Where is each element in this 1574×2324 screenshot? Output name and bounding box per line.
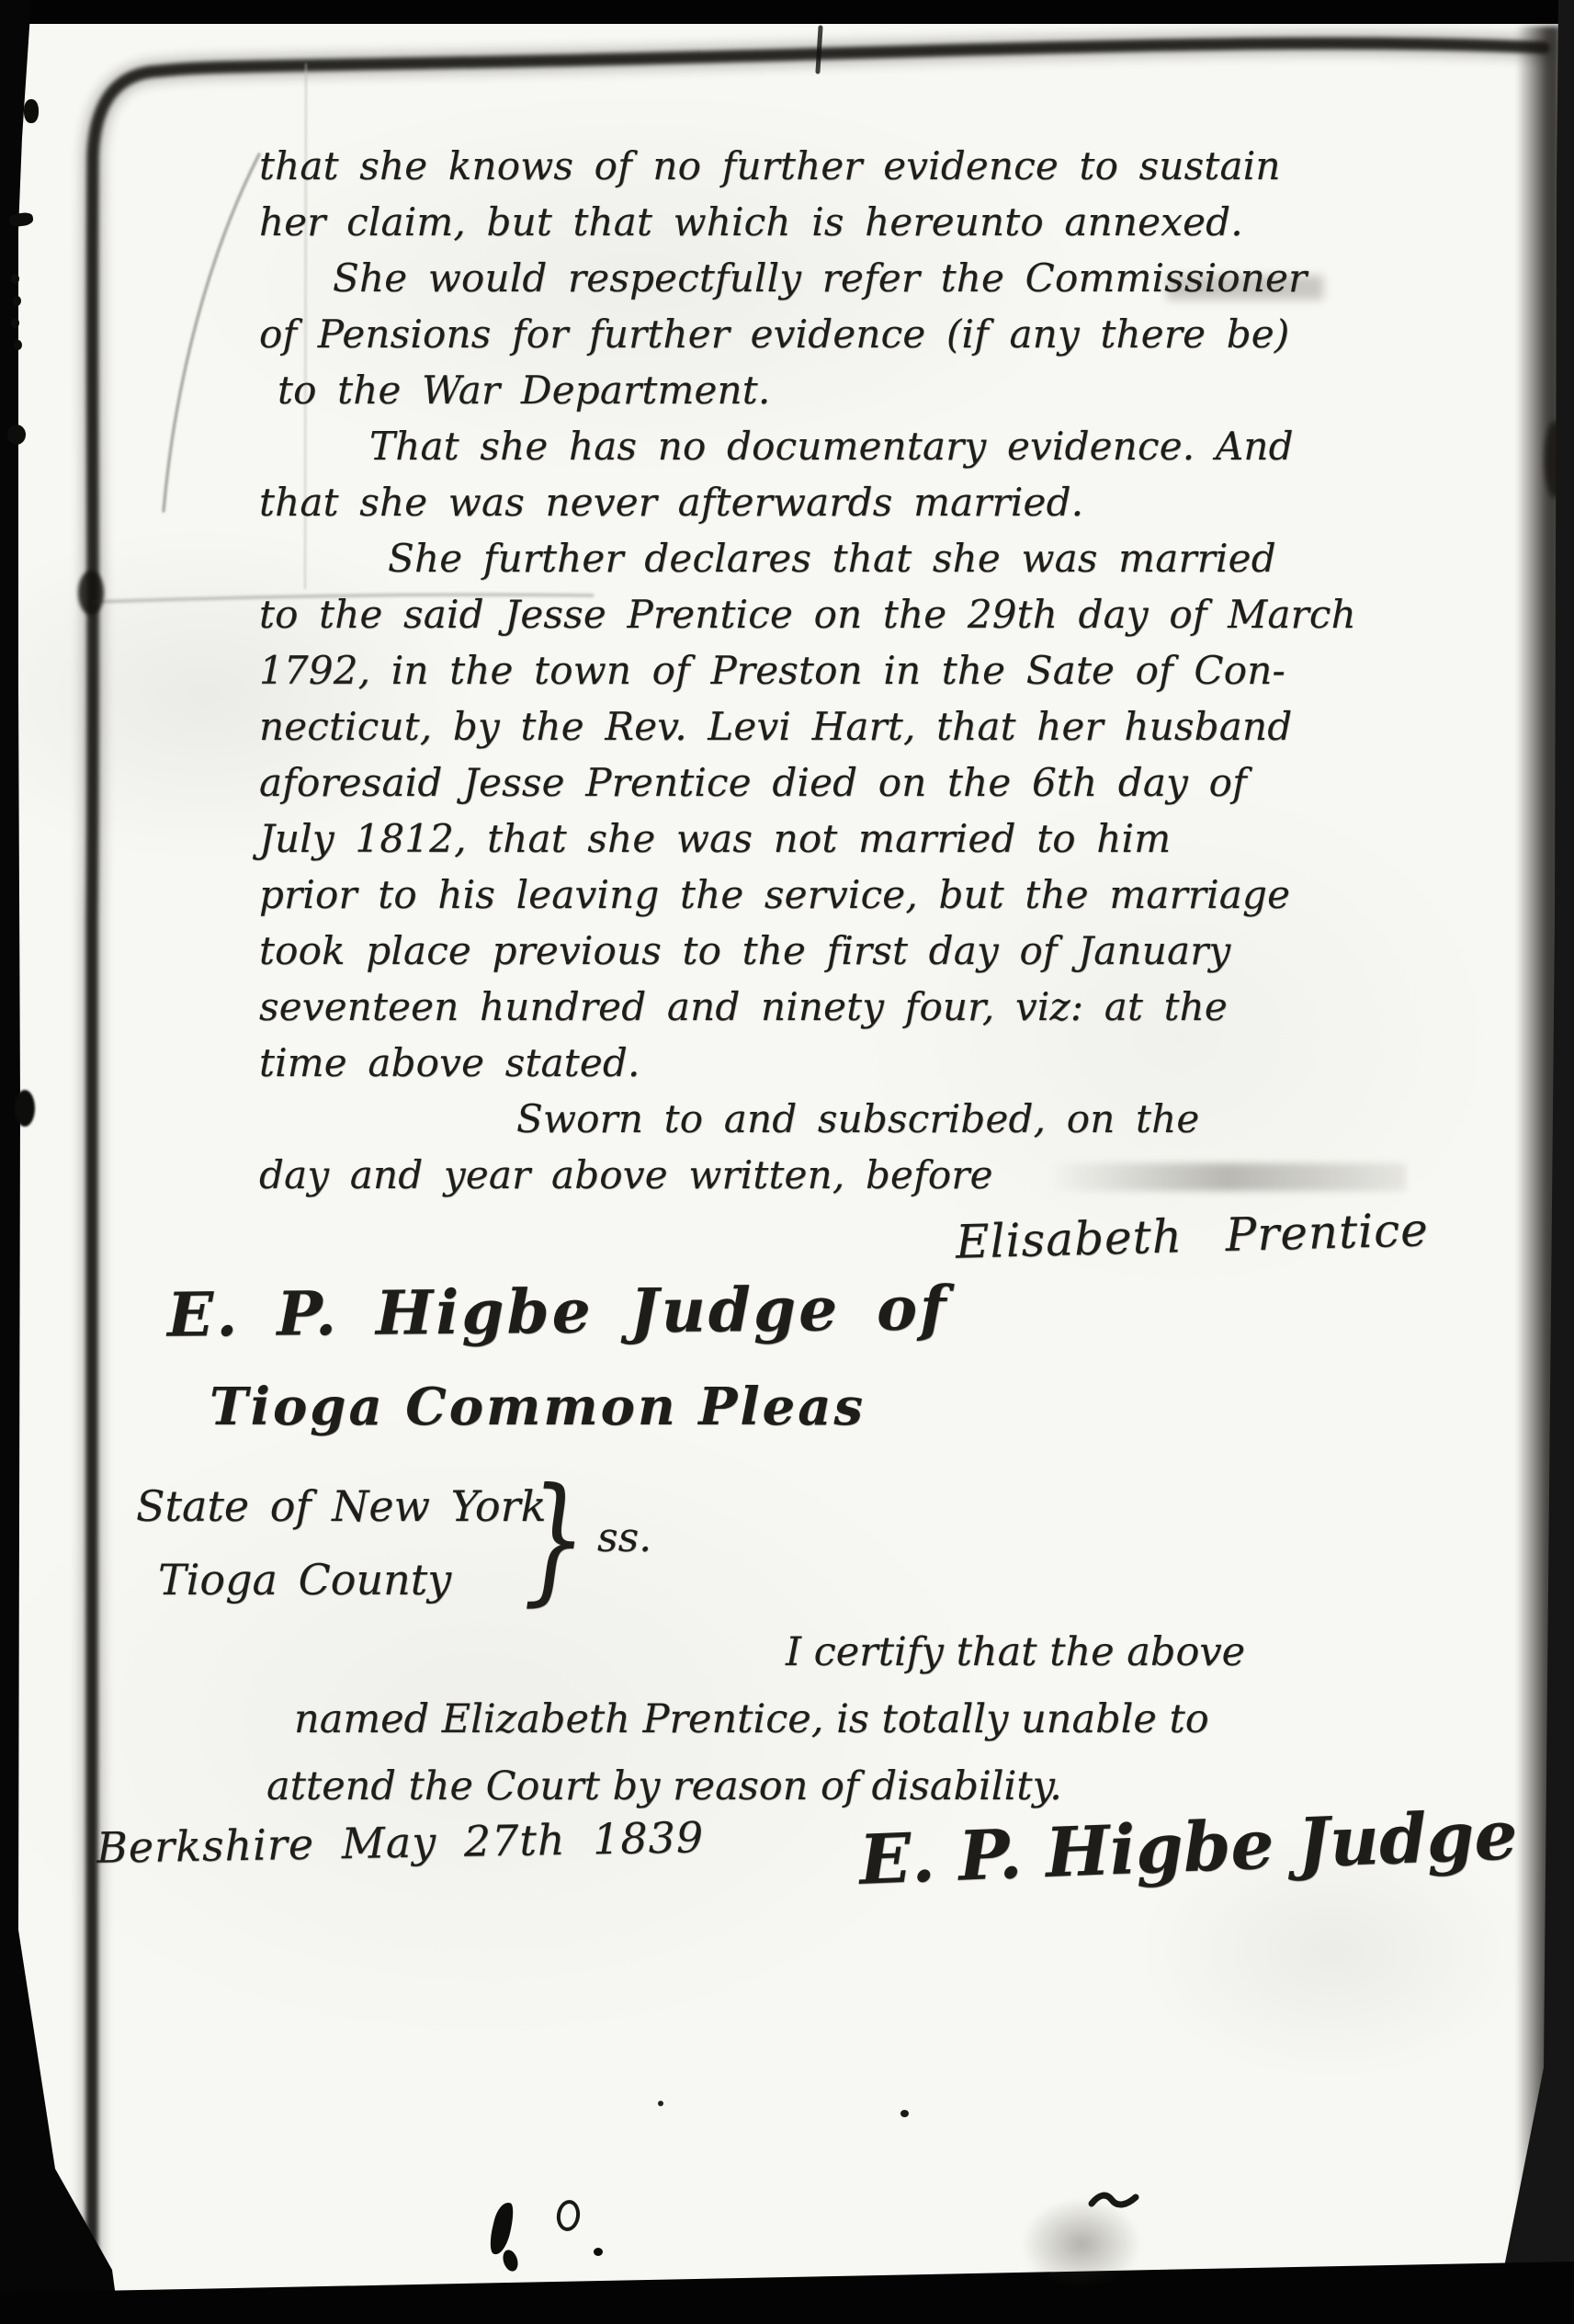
handwritten-line-17: time above stated.: [259, 1035, 1509, 1091]
jurat-state: State of New York: [136, 1481, 547, 1531]
margin-mark: [11, 318, 19, 328]
handwritten-line-8: She further declares that she was marrie…: [259, 530, 1509, 586]
handwritten-line-14: prior to his leaving the service, but th…: [259, 867, 1509, 923]
handwritten-line-5: to the War Department.: [259, 362, 1509, 418]
handwritten-line-2: named Elizabeth Prentice, is totally una…: [266, 1686, 1502, 1753]
handwritten-line-1: that she knows of no further evidence to…: [259, 138, 1509, 194]
margin-mark: [13, 296, 21, 306]
handwritten-line-9: to the said Jesse Prentice on the 29th d…: [259, 586, 1509, 642]
disability-certification-text: I certify that the abovenamed Elizabeth …: [266, 1619, 1502, 1820]
handwritten-line-2: her claim, but that which is hereunto an…: [259, 194, 1509, 250]
judge-attestation-line2: Tioga Common Pleas: [209, 1377, 866, 1437]
scanned-document: that she knows of no further evidence to…: [0, 0, 1574, 2324]
margin-mark: [7, 425, 26, 445]
handwritten-line-19: day and year above written, before: [259, 1147, 1509, 1203]
handwritten-line-11: necticut, by the Rev. Levi Hart, that he…: [259, 698, 1509, 754]
jurat-county: Tioga County: [158, 1555, 451, 1604]
handwritten-line-4: of Pensions for further evidence (if any…: [259, 306, 1509, 362]
handwritten-line-13: July 1812, that she was not married to h…: [259, 811, 1509, 867]
handwritten-line-6: That she has no documentary evidence. An…: [259, 418, 1509, 474]
dust-speck: [900, 2110, 909, 2117]
handwritten-line-16: seventeen hundred and ninety four, viz: …: [259, 979, 1509, 1035]
handwritten-line-12: aforesaid Jesse Prentice died on the 6th…: [259, 754, 1509, 811]
ink-dot: [594, 2248, 603, 2256]
place-date-line: Berkshire May 27th 1839: [96, 1812, 705, 1873]
handwritten-line-10: 1792, in the town of Preston in the Sate…: [259, 642, 1509, 698]
page-right-edge-shadow: [1516, 26, 1560, 2264]
jurat-brace: }: [523, 1459, 586, 1619]
handwritten-line-3: She would respectfully refer the Commiss…: [259, 250, 1509, 306]
margin-mark: [24, 99, 39, 123]
handwritten-line-7: that she was never afterwards married.: [259, 474, 1509, 530]
judge-attestation-line1: E. P. Higbe Judge of: [167, 1272, 949, 1350]
handwritten-line-15: took place previous to the first day of …: [259, 923, 1509, 979]
margin-mark: [14, 340, 22, 350]
handwritten-line-18: Sworn to and subscribed, on the: [259, 1091, 1509, 1147]
declaration-body-text: that she knows of no further evidence to…: [259, 138, 1509, 1203]
jurat-ss-abbreviation: ss.: [597, 1514, 651, 1561]
scanner-top-band: [0, 0, 1574, 24]
margin-mark: [15, 1090, 35, 1127]
dust-speck: [658, 2101, 663, 2106]
handwritten-line-1: I certify that the above: [266, 1619, 1502, 1686]
margin-mark: [11, 274, 19, 284]
gray-smudge: [1022, 2198, 1141, 2290]
